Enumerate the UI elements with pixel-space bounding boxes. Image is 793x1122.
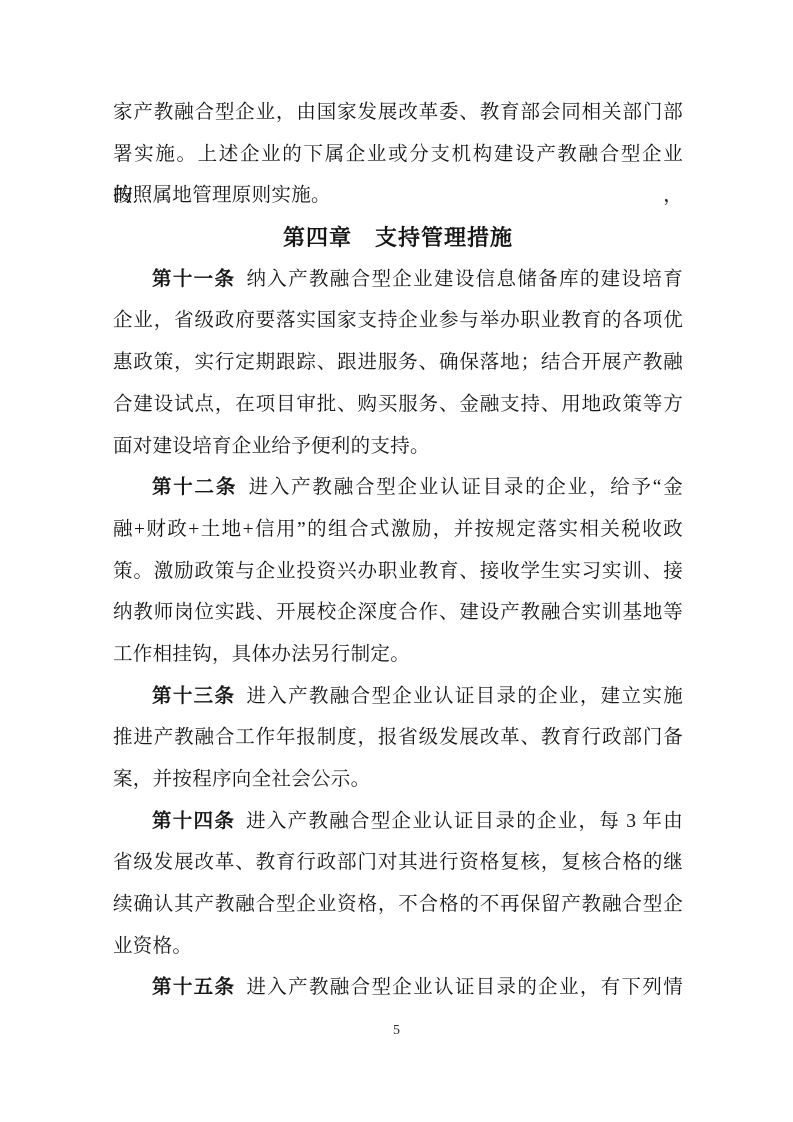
text-line: 推进产教融合工作年报制度，报省级发展改革、教育行政部门备 [113, 717, 683, 759]
text-run: 业资格。 [113, 936, 192, 957]
text-run: 融+财政+土地+信用”的组合式激励，并按规定落实相关税收政 [113, 519, 683, 540]
text-line: 第十二条 进入产教融合型企业认证目录的企业，给予“金 [113, 467, 683, 509]
text-run: 家产教融合型企业，由国家发展改革委、教育部会同相关部门部 [113, 102, 683, 123]
text-line: 第十一条 纳入产教融合型企业建设信息储备库的建设培育 [113, 259, 683, 301]
text-run: 进入产教融合型企业认证目录的企业，每 3 年由 [235, 811, 683, 832]
text-line: 第十四条 进入产教融合型企业认证目录的企业，每 3 年由 [113, 801, 683, 843]
text-run: 按照属地管理原则实施。 [113, 185, 331, 206]
text-run: 策。激励政策与企业投资兴办职业教育、接收学生实习实训、接 [113, 561, 683, 582]
text-line: 家产教融合型企业，由国家发展改革委、教育部会同相关部门部 [113, 92, 683, 134]
text-line: 企业，省级政府要落实国家支持企业参与举办职业教育的各项优 [113, 300, 683, 342]
text-run: 进入产教融合型企业认证目录的企业，建立实施 [235, 686, 683, 707]
article-number: 第十一条 [152, 269, 235, 290]
article-number: 第十五条 [152, 977, 235, 998]
chapter-heading: 第四章 支持管理措施 [113, 217, 683, 259]
text-line: 面对建设培育企业给予便利的支持。 [113, 426, 683, 468]
text-line: 第十五条 进入产教融合型企业认证目录的企业，有下列情 [113, 967, 683, 1009]
text-line: 工作相挂钩，具体办法另行制定。 [113, 634, 683, 676]
text-line: 署实施。上述企业的下属企业或分支机构建设产教融合型企业的， [113, 134, 683, 176]
article-number: 第十四条 [152, 811, 235, 832]
document-body: 家产教融合型企业，由国家发展改革委、教育部会同相关部门部署实施。上述企业的下属企… [113, 92, 683, 1009]
page-number: 5 [0, 1020, 793, 1042]
text-run: 续确认其产教融合型企业资格，不合格的不再保留产教融合型企 [113, 894, 683, 915]
text-run: 企业，省级政府要落实国家支持企业参与举办职业教育的各项优 [113, 310, 683, 331]
text-run: 面对建设培育企业给予便利的支持。 [113, 436, 430, 457]
text-run: 省级发展改革、教育行政部门对其进行资格复核，复核合格的继 [113, 852, 683, 873]
text-line: 案，并按程序向全社会公示。 [113, 759, 683, 801]
text-run: 合建设试点，在项目审批、购买服务、金融支持、用地政策等方 [113, 394, 683, 415]
text-line: 省级发展改革、教育行政部门对其进行资格复核，复核合格的继 [113, 842, 683, 884]
text-run: 进入产教融合型企业认证目录的企业，有下列情 [235, 977, 683, 998]
text-line: 纳教师岗位实践、开展校企深度合作、建设产教融合实训基地等 [113, 592, 683, 634]
article-number: 第十二条 [152, 477, 237, 498]
text-line: 第十三条 进入产教融合型企业认证目录的企业，建立实施 [113, 676, 683, 718]
article-number: 第十三条 [152, 686, 235, 707]
document-page: 家产教融合型企业，由国家发展改革委、教育部会同相关部门部署实施。上述企业的下属企… [0, 0, 793, 1122]
text-run: 推进产教融合工作年报制度，报省级发展改革、教育行政部门备 [113, 727, 683, 748]
text-run: 进入产教融合型企业认证目录的企业，给予“金 [237, 477, 683, 498]
text-run: 纳入产教融合型企业建设信息储备库的建设培育 [235, 269, 683, 290]
text-run: 第四章 支持管理措施 [283, 225, 513, 250]
text-line: 合建设试点，在项目审批、购买服务、金融支持、用地政策等方 [113, 384, 683, 426]
text-line: 业资格。 [113, 926, 683, 968]
text-line: 续确认其产教融合型企业资格，不合格的不再保留产教融合型企 [113, 884, 683, 926]
text-line: 策。激励政策与企业投资兴办职业教育、接收学生实习实训、接 [113, 551, 683, 593]
text-line: 融+财政+土地+信用”的组合式激励，并按规定落实相关税收政 [113, 509, 683, 551]
text-run: 案，并按程序向全社会公示。 [113, 769, 370, 790]
text-line: 惠政策，实行定期跟踪、跟进服务、确保落地；结合开展产教融 [113, 342, 683, 384]
text-run: 工作相挂钩，具体办法另行制定。 [113, 644, 410, 665]
text-run: 惠政策，实行定期跟踪、跟进服务、确保落地；结合开展产教融 [113, 352, 683, 373]
text-run: 纳教师岗位实践、开展校企深度合作、建设产教融合实训基地等 [113, 602, 683, 623]
